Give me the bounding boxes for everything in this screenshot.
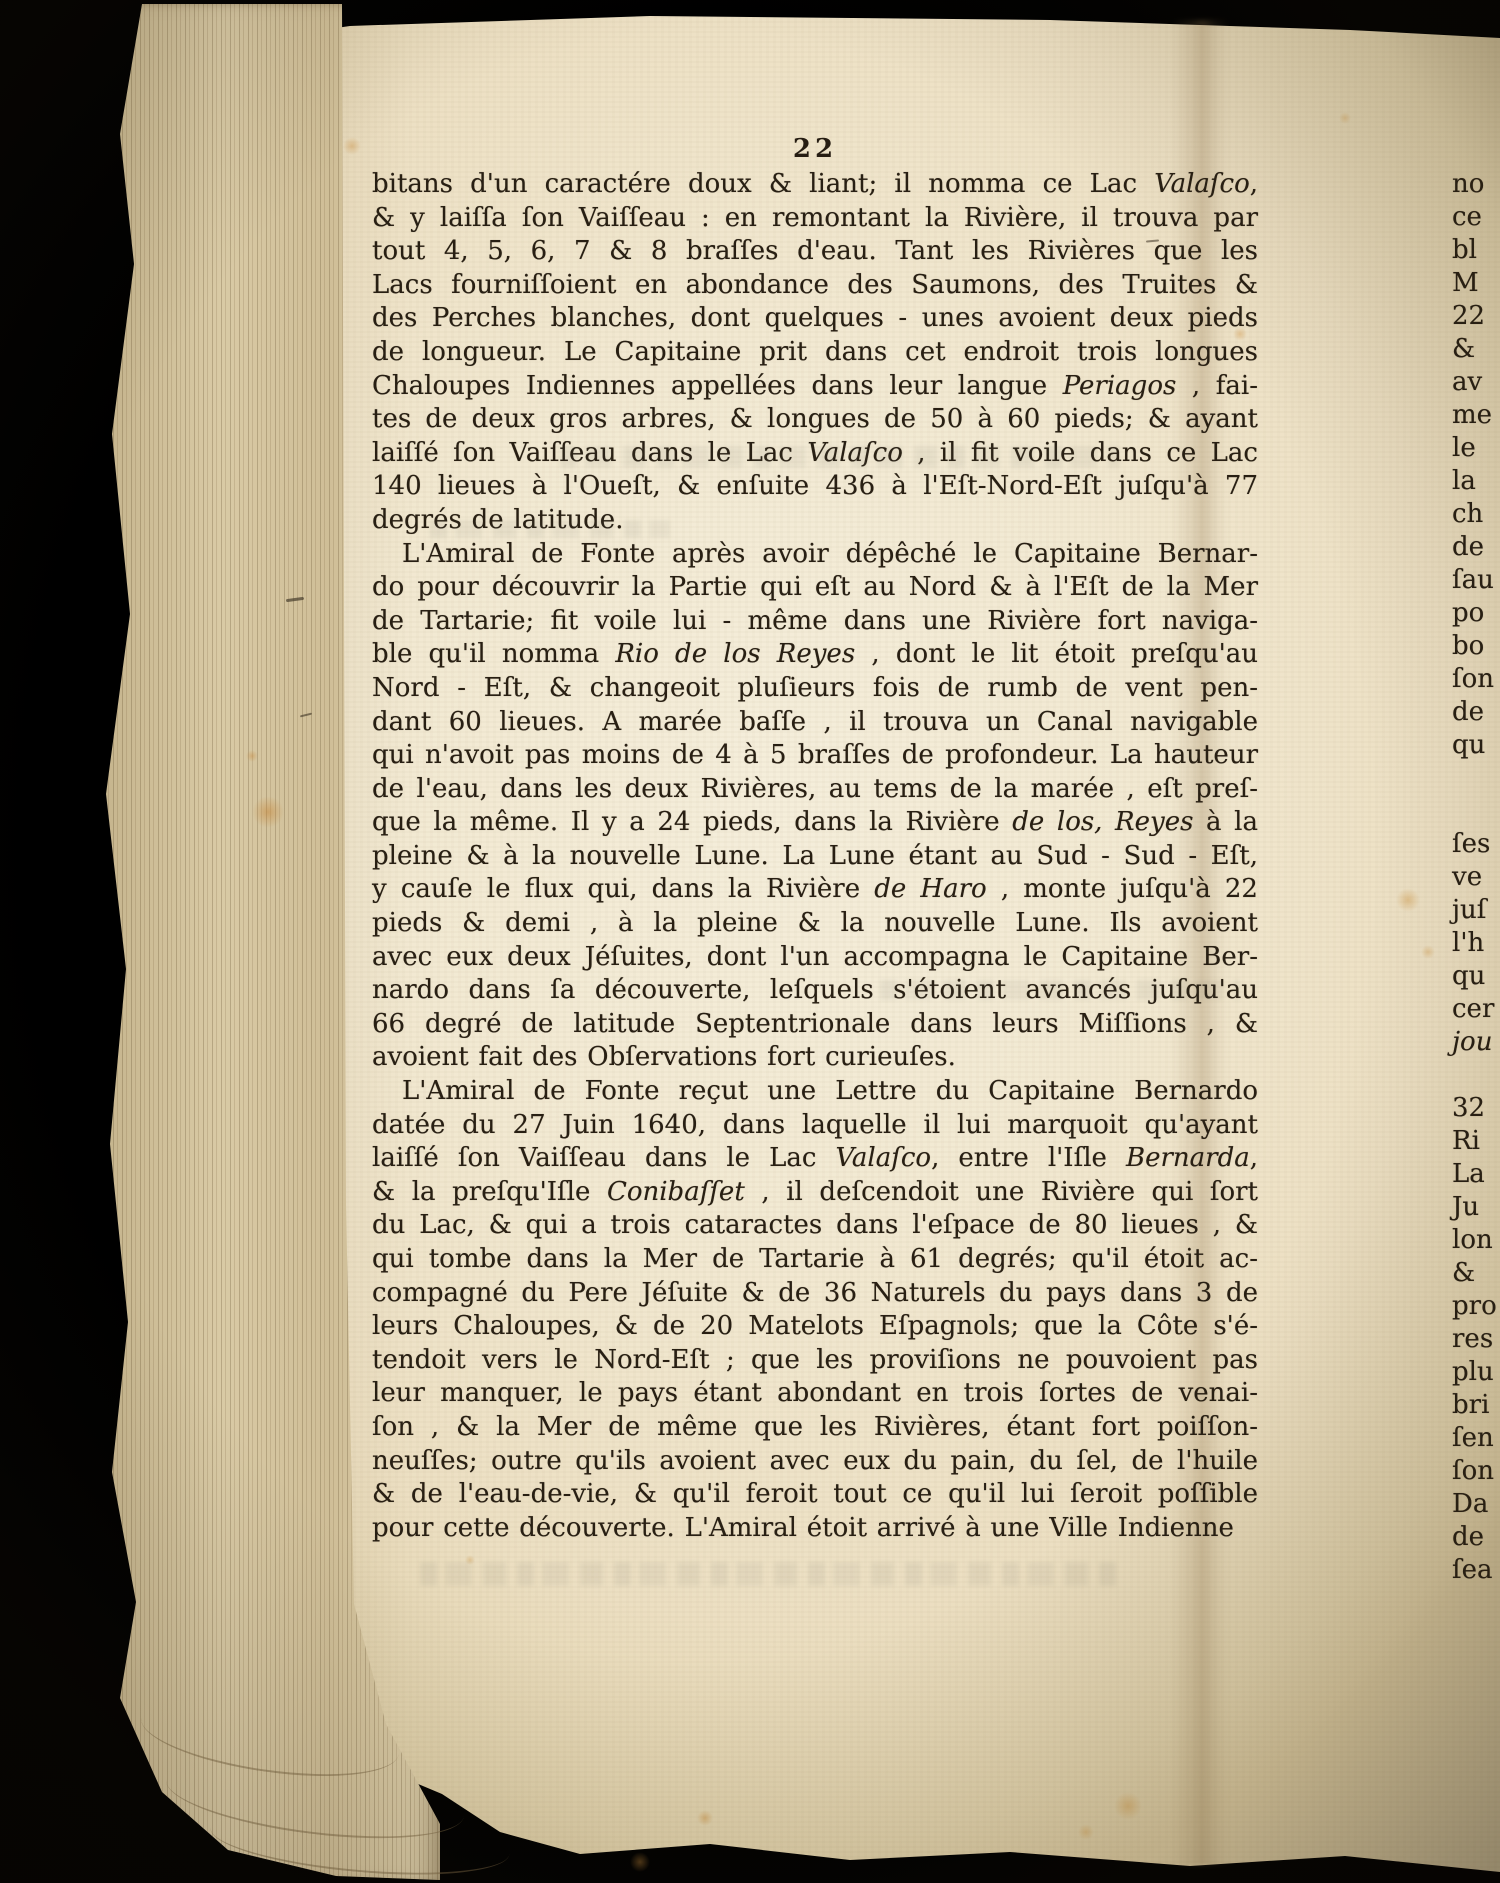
text-segment: , entre l'Iſle [931, 1143, 1126, 1173]
text-line: dant 60 lieues. A marée baſſe , il trouv… [372, 706, 1258, 740]
text-segment: dant 60 lieues. A marée baſſe , il trouv… [372, 707, 1258, 737]
text-segment: tout 4, 5, 6, 7 & 8 braſſes d'eau. Tant … [372, 236, 1258, 266]
text-segment: avoient fait des Obſervations fort curie… [372, 1042, 956, 1072]
text-segment: L'Amiral de Fonte reçut une Lettre du Ca… [402, 1076, 1258, 1106]
next-page-line-fragment: jou [1452, 1026, 1500, 1059]
text-line: laiſſé ſon Vaiſſeau dans le Lac Valaſco,… [372, 1142, 1258, 1176]
text-segment: , monte juſqu'à 22 [987, 874, 1258, 904]
text-segment: leur manquer, le pays étant abondant en … [372, 1378, 1258, 1408]
next-page-line-fragment: la [1452, 465, 1500, 498]
next-page-line-fragment: me [1452, 399, 1500, 432]
text-segment: 140 lieues à l'Oueſt, & enſuite 436 à l'… [372, 471, 1258, 501]
next-page-line-fragment: pro [1452, 1290, 1500, 1323]
next-page-line-fragment: M [1452, 267, 1500, 300]
next-page-line-fragment: ſon [1452, 1455, 1500, 1488]
text-line: de l'eau, dans les deux Rivières, au tem… [372, 773, 1258, 807]
text-segment: pleine & à la nouvelle Lune. La Lune éta… [372, 841, 1258, 871]
text-line: pour cette découverte. L'Amiral étoit ar… [372, 1512, 1258, 1546]
text-segment: laiſſé ſon Vaiſſeau dans le Lac [372, 1143, 836, 1173]
text-line: qui tombe dans la Mer de Tartarie à 61 d… [372, 1243, 1258, 1277]
text-line: L'Amiral de Fonte après avoir dépêché le… [372, 538, 1258, 572]
next-page-line-fragment: ve [1452, 861, 1500, 894]
text-line: neuſſes; outre qu'ils avoient avec eux d… [372, 1445, 1258, 1479]
text-segment: , il deſcendoit une Rivière qui ſort [745, 1177, 1258, 1207]
next-page-line-fragment: qu [1452, 729, 1500, 762]
text-segment: compagné du Pere Jéſuite & de 36 Naturel… [372, 1278, 1258, 1308]
text-line: pieds & demi , à la pleine & la nouvelle… [372, 907, 1258, 941]
text-line: do pour découvrir la Partie qui eſt au N… [372, 571, 1258, 605]
next-page-line-fragment: lon [1452, 1224, 1500, 1257]
text-line: L'Amiral de Fonte reçut une Lettre du Ca… [372, 1075, 1258, 1109]
text-segment: neuſſes; outre qu'ils avoient avec eux d… [372, 1446, 1258, 1476]
text-line: 140 lieues à l'Oueſt, & enſuite 436 à l'… [372, 470, 1258, 504]
italic-text: Periagos [1063, 371, 1177, 401]
text-line: datée du 27 Juin 1640, dans laquelle il … [372, 1109, 1258, 1143]
text-line: tendoit vers le Nord-Eſt ; que les provi… [372, 1344, 1258, 1378]
text-line: y cauſe le flux qui, dans la Rivière de … [372, 873, 1258, 907]
text-segment: leurs Chaloupes, & de 20 Matelots Eſpagn… [372, 1311, 1258, 1341]
text-line: nardo dans ſa découverte, leſquels s'éto… [372, 974, 1258, 1008]
text-segment: du Lac, & qui a trois cataractes dans l'… [372, 1210, 1258, 1240]
text-segment: Lacs fourniſſoient en abondance des Saum… [372, 270, 1258, 300]
text-line: Chaloupes Indiennes appellées dans leur … [372, 370, 1258, 404]
text-line: degrés de latitude. [372, 504, 1258, 538]
text-segment: que la même. Il y a 24 pieds, dans la Ri… [372, 807, 1012, 837]
italic-text: Valaſco [836, 1143, 932, 1173]
text-segment: à la [1193, 807, 1258, 837]
next-page-line-fragment: bl [1452, 234, 1500, 267]
text-line: avoient fait des Obſervations fort curie… [372, 1041, 1258, 1075]
text-segment: datée du 27 Juin 1640, dans laquelle il … [372, 1110, 1258, 1140]
text-block: bitans d'un caractére doux & liant; il n… [372, 168, 1258, 1545]
text-line: tout 4, 5, 6, 7 & 8 braſſes d'eau. Tant … [372, 235, 1258, 269]
next-page-line-fragment: de [1452, 531, 1500, 564]
next-page-line-fragment: 22 [1452, 300, 1500, 333]
text-segment: 66 degré de latitude Septentrionale dans… [372, 1009, 1258, 1039]
italic-text: de los, Reyes [1012, 807, 1193, 837]
text-line: tes de deux gros arbres, & longues de 50… [372, 403, 1258, 437]
next-page-line-fragment: po [1452, 597, 1500, 630]
text-line: qui n'avoit pas moins de 4 à 5 braſſes d… [372, 739, 1258, 773]
text-line: & y laiſſa ſon Vaiſſeau : en remontant l… [372, 202, 1258, 236]
text-line: 66 degré de latitude Septentrionale dans… [372, 1008, 1258, 1042]
next-page-line-fragment: bo [1452, 630, 1500, 663]
text-line: du Lac, & qui a trois cataractes dans l'… [372, 1209, 1258, 1243]
text-segment: , [1250, 169, 1258, 199]
text-line: de Tartarie; fit voile lui - même dans u… [372, 605, 1258, 639]
italic-text: Rio de los Reyes [615, 639, 855, 669]
next-page-line-fragment: plu [1452, 1356, 1500, 1389]
text-segment: de Tartarie; fit voile lui - même dans u… [372, 606, 1258, 636]
next-page-line-fragment: & [1452, 1257, 1500, 1290]
next-page-line-fragment [1452, 795, 1500, 828]
text-segment: , dont le lit étoit preſqu'au [855, 639, 1258, 669]
text-line: ſon , & la Mer de même que les Rivières,… [372, 1411, 1258, 1445]
italic-text: Valaſco [807, 438, 903, 468]
next-page-line-fragment: l'h [1452, 927, 1500, 960]
text-line: pleine & à la nouvelle Lune. La Lune éta… [372, 840, 1258, 874]
next-page-fragments: noceblM22&avmelelachdeſaupoboſondequſesv… [1452, 168, 1500, 1587]
page-number: 22 [372, 134, 1258, 164]
text-segment: L'Amiral de Fonte après avoir dépêché le… [402, 539, 1258, 569]
text-segment: do pour découvrir la Partie qui eſt au N… [372, 572, 1258, 602]
next-page-line-fragment: qu [1452, 960, 1500, 993]
text-line: ble qu'il nomma Rio de los Reyes , dont … [372, 638, 1258, 672]
text-segment: , fai- [1176, 371, 1258, 401]
next-page-line-fragment: 32 [1452, 1092, 1500, 1125]
italic-text: Conibaſſet [607, 1177, 745, 1207]
text-segment: y cauſe le flux qui, dans la Rivière [372, 874, 874, 904]
text-line: de longueur. Le Capitaine prit dans cet … [372, 336, 1258, 370]
text-segment: degrés de latitude. [372, 505, 623, 535]
next-page-line-fragment: Ju [1452, 1191, 1500, 1224]
text-line: avec eux deux Jéſuites, dont l'un accomp… [372, 941, 1258, 975]
text-segment: pour cette découverte. L'Amiral étoit ar… [372, 1513, 1234, 1543]
text-line: Lacs fourniſſoient en abondance des Saum… [372, 269, 1258, 303]
next-page-line-fragment: juſ [1452, 894, 1500, 927]
book-photo: 22 bitans d'un caractére doux & liant; i… [0, 0, 1500, 1883]
text-segment: pieds & demi , à la pleine & la nouvelle… [372, 908, 1258, 938]
next-page-line-fragment: Ri [1452, 1125, 1500, 1158]
text-segment: tes de deux gros arbres, & longues de 50… [372, 404, 1258, 434]
text-segment: ſon , & la Mer de même que les Rivières,… [372, 1412, 1258, 1442]
text-line: que la même. Il y a 24 pieds, dans la Ri… [372, 806, 1258, 840]
text-segment: bitans d'un caractére doux & liant; il n… [372, 169, 1154, 199]
next-page-line-fragment: no [1452, 168, 1500, 201]
text-line: leurs Chaloupes, & de 20 Matelots Eſpagn… [372, 1310, 1258, 1344]
text-segment: & la preſqu'Iſle [372, 1177, 607, 1207]
next-page-line-fragment: cer [1452, 993, 1500, 1026]
text-line: Nord - Eſt, & changeoit pluſieurs fois d… [372, 672, 1258, 706]
text-line: & de l'eau-de-vie, & qu'il feroit tout c… [372, 1478, 1258, 1512]
foxing-spot [630, 1852, 650, 1872]
next-page-line-fragment: Da [1452, 1488, 1500, 1521]
text-segment: tendoit vers le Nord-Eſt ; que les provi… [372, 1345, 1258, 1375]
text-line: leur manquer, le pays étant abondant en … [372, 1377, 1258, 1411]
text-segment: , [1250, 1143, 1258, 1173]
next-page-line-fragment: le [1452, 432, 1500, 465]
text-line: & la preſqu'Iſle Conibaſſet , il deſcend… [372, 1176, 1258, 1210]
text-segment: & de l'eau-de-vie, & qu'il feroit tout c… [372, 1479, 1258, 1509]
italic-text: de Haro [874, 874, 986, 904]
next-page-line-fragment: ſau [1452, 564, 1500, 597]
next-page-line-fragment: & [1452, 333, 1500, 366]
next-page-line-fragment: ſea [1452, 1554, 1500, 1587]
text-line: compagné du Pere Jéſuite & de 36 Naturel… [372, 1277, 1258, 1311]
text-segment: Chaloupes Indiennes appellées dans leur … [372, 371, 1063, 401]
text-segment: avec eux deux Jéſuites, dont l'un accomp… [372, 942, 1258, 972]
text-segment: des Perches blanches, dont quelques - un… [372, 303, 1258, 333]
next-page-line-fragment: res [1452, 1323, 1500, 1356]
text-segment: de longueur. Le Capitaine prit dans cet … [372, 337, 1258, 367]
text-line: bitans d'un caractére doux & liant; il n… [372, 168, 1258, 202]
next-page-line-fragment: ſon [1452, 663, 1500, 696]
next-page-line-fragment: ce [1452, 201, 1500, 234]
next-page-line-fragment: ſen [1452, 1422, 1500, 1455]
next-page-line-fragment: av [1452, 366, 1500, 399]
next-page-line-fragment: ſes [1452, 828, 1500, 861]
text-segment: ble qu'il nomma [372, 639, 615, 669]
next-page-line-fragment: de [1452, 696, 1500, 729]
text-segment: & y laiſſa ſon Vaiſſeau : en remontant l… [372, 203, 1258, 233]
italic-text: Bernarda [1126, 1143, 1250, 1173]
text-segment: , il fit voile dans ce Lac [903, 438, 1258, 468]
text-segment: nardo dans ſa découverte, leſquels s'éto… [372, 975, 1258, 1005]
text-segment: qui tombe dans la Mer de Tartarie à 61 d… [372, 1244, 1258, 1274]
next-page-line-fragment: de [1452, 1521, 1500, 1554]
text-line: laiſſé ſon Vaiſſeau dans le Lac Valaſco … [372, 437, 1258, 471]
italic-text: Valaſco [1154, 169, 1250, 199]
next-page-line-fragment [1452, 1059, 1500, 1092]
next-page-line-fragment [1452, 762, 1500, 795]
text-segment: Nord - Eſt, & changeoit pluſieurs fois d… [372, 673, 1258, 703]
text-segment: de l'eau, dans les deux Rivières, au tem… [372, 774, 1258, 804]
next-page-line-fragment: La [1452, 1158, 1500, 1191]
next-page-line-fragment: ch [1452, 498, 1500, 531]
text-line: des Perches blanches, dont quelques - un… [372, 302, 1258, 336]
text-segment: laiſſé ſon Vaiſſeau dans le Lac [372, 438, 807, 468]
text-segment: qui n'avoit pas moins de 4 à 5 braſſes d… [372, 740, 1258, 770]
next-page-line-fragment: bri [1452, 1389, 1500, 1422]
